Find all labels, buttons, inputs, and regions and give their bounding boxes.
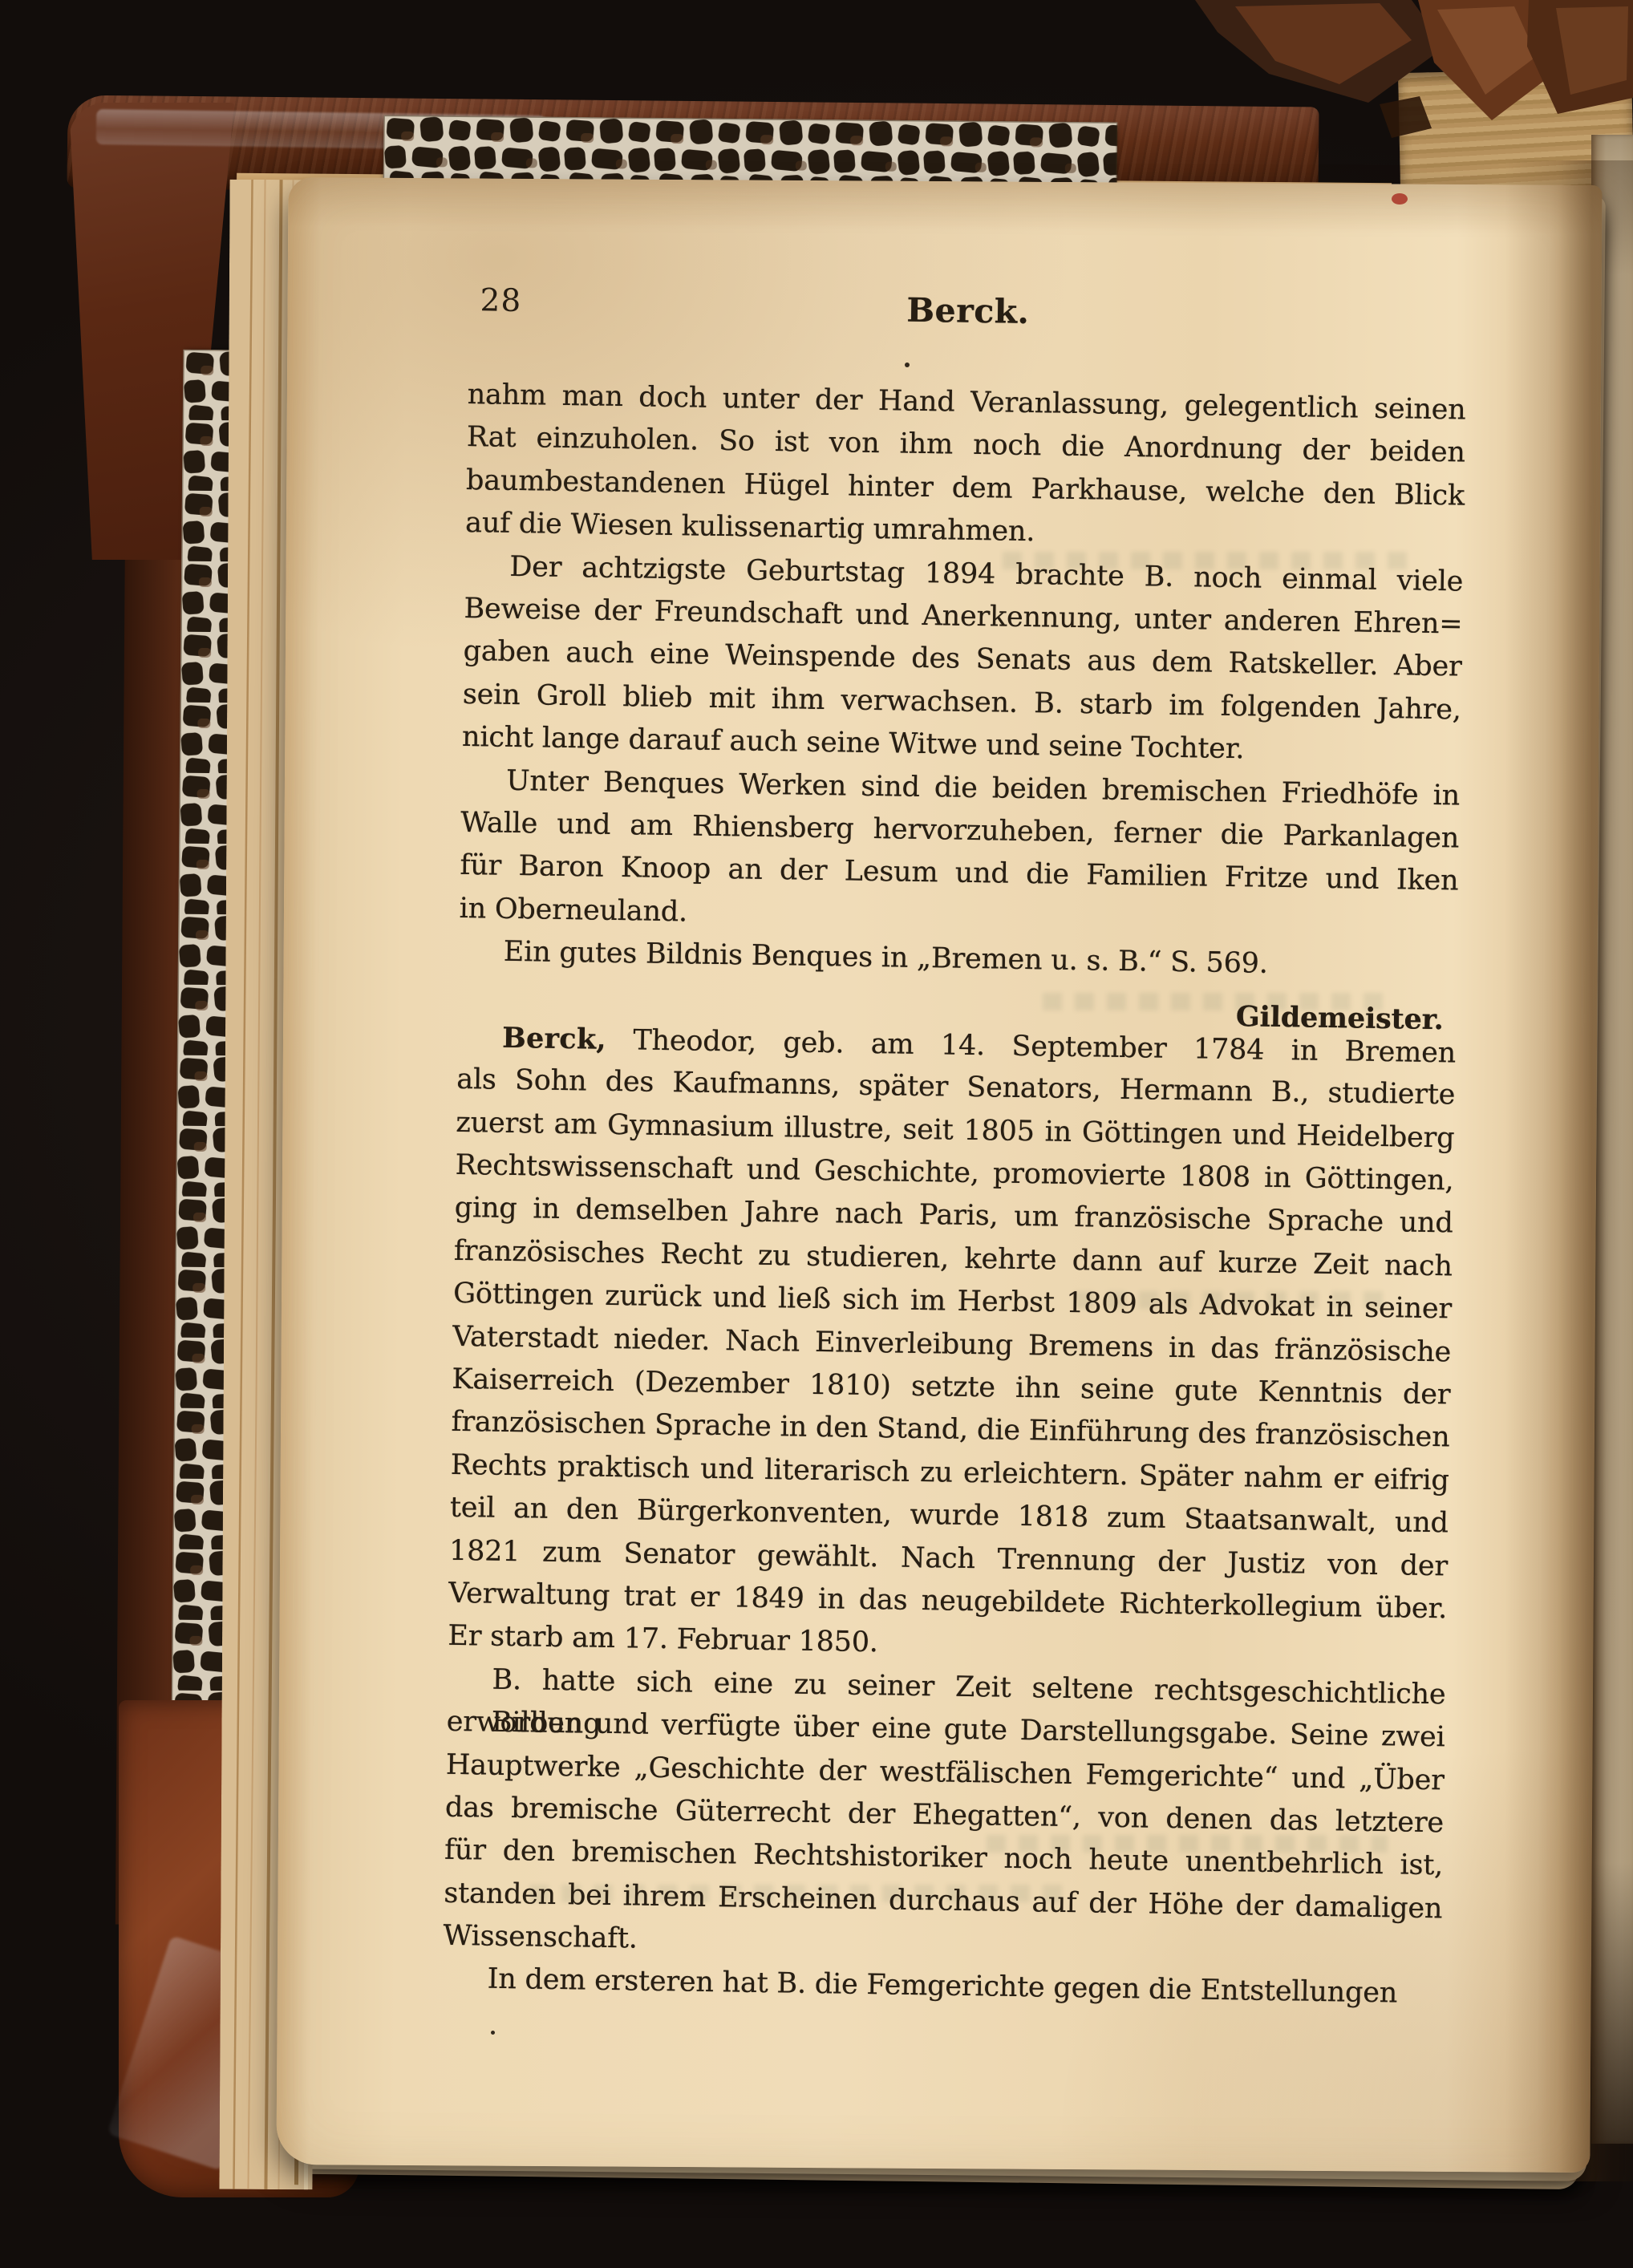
gutter-crease-shadow (1505, 160, 1633, 2181)
book-photograph: 28 Berck. nahm man doch unter der Hand V… (0, 0, 1633, 2268)
paper-speck (491, 2031, 495, 2035)
paragraph: Unter Benques Werken sind die beiden bre… (459, 759, 1460, 946)
text-body: nahm man doch unter der Hand Veranlassun… (442, 374, 1466, 2016)
paragraph: Der achtzigste Geburtstag 1894 brachte B… (462, 545, 1464, 775)
paragraph: Berck, Theodor, geb. am 14. September 17… (448, 1016, 1456, 1674)
paragraph: nahm man doch unter der Hand Veranlassun… (465, 374, 1466, 561)
printed-text-area: 28 Berck. nahm man doch unter der Hand V… (442, 279, 1468, 2016)
paper-speck (905, 362, 910, 367)
paragraph: B. hatte sich eine zu seiner Zeit selten… (443, 1658, 1446, 1974)
running-header: Berck. (468, 284, 1468, 338)
crackle-marbled-edge-top (383, 115, 1118, 187)
